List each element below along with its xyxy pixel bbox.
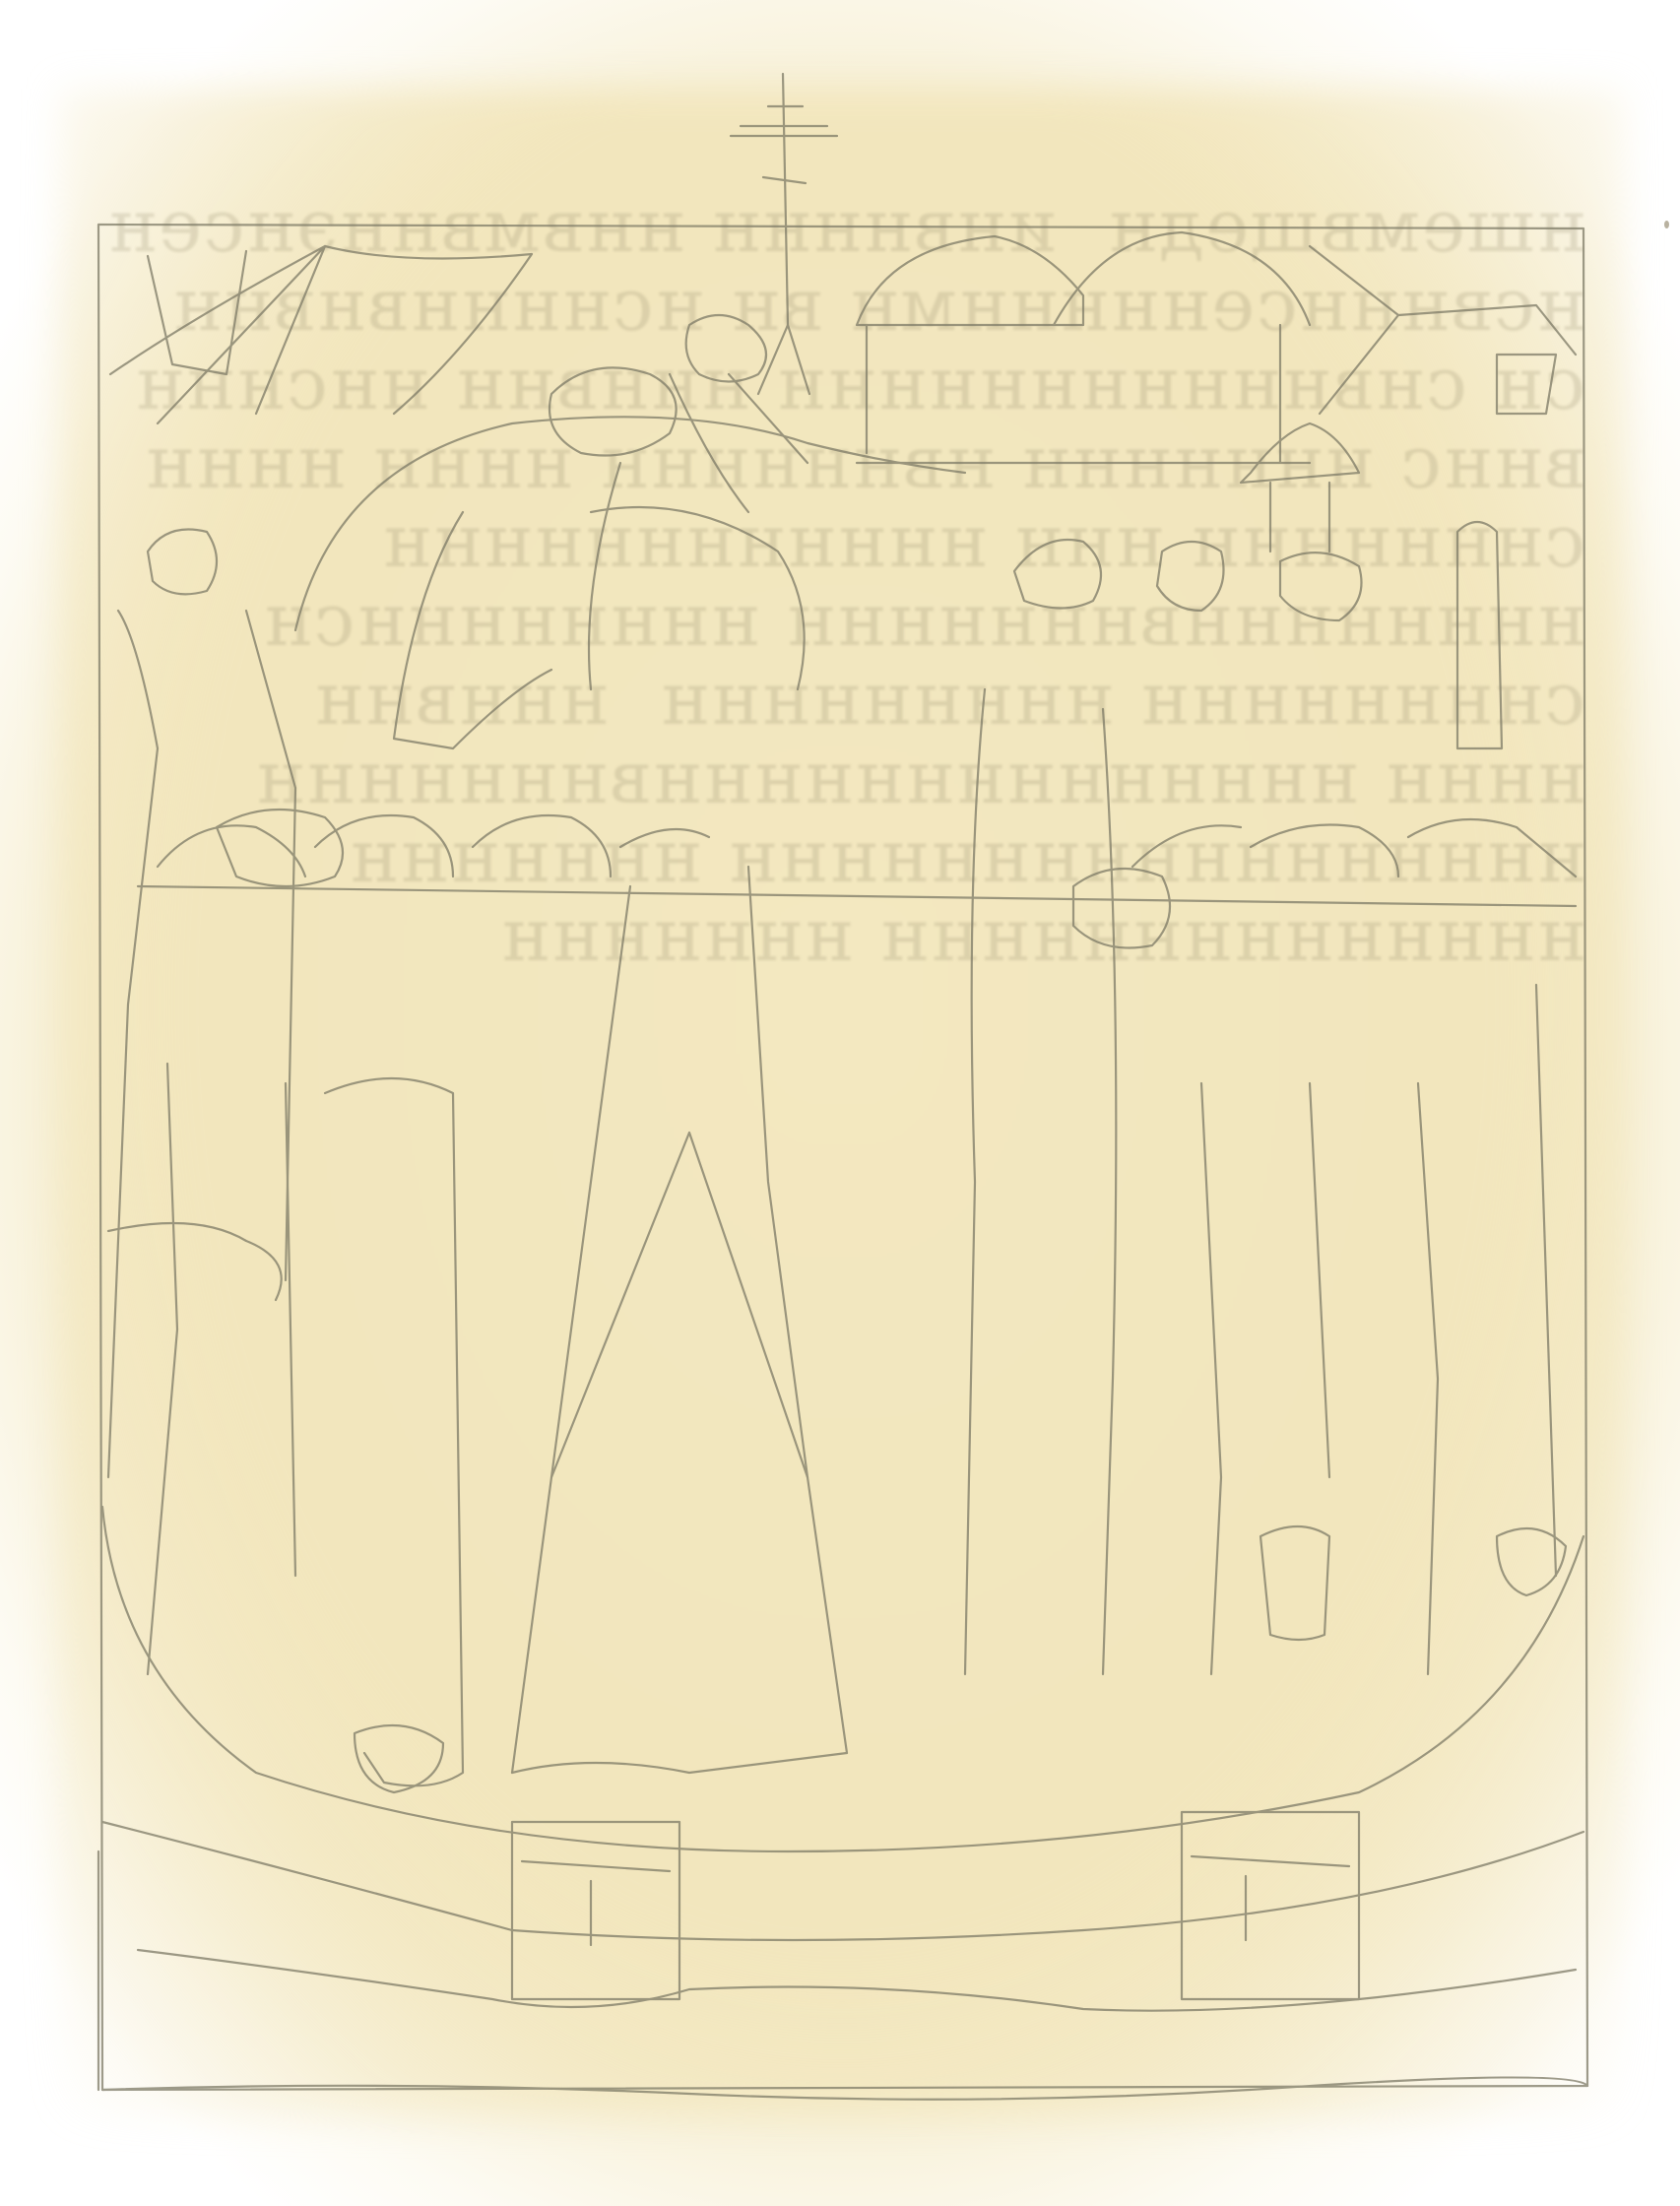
figure-right-2 [1073, 869, 1170, 948]
dome-left [857, 236, 1083, 325]
tower-right [1241, 423, 1359, 551]
figure-central-head [549, 367, 677, 455]
frame [98, 225, 1587, 2090]
dome-right [1054, 232, 1310, 325]
ground-arc [102, 1507, 1583, 1851]
figure-right-1 [1014, 540, 1101, 609]
hats-row [158, 815, 1576, 876]
left-roof [110, 246, 532, 423]
figure-center-robe [512, 867, 847, 1773]
pencil-drawing [0, 0, 1680, 2206]
pedestal-left [512, 1822, 679, 1999]
spire-cross [731, 74, 837, 325]
figure-left-1 [148, 530, 217, 595]
figure-left-2 [217, 810, 343, 886]
canopy-arch [295, 417, 965, 630]
paper-speck [1664, 221, 1669, 228]
pedestal-right [1182, 1812, 1359, 1999]
